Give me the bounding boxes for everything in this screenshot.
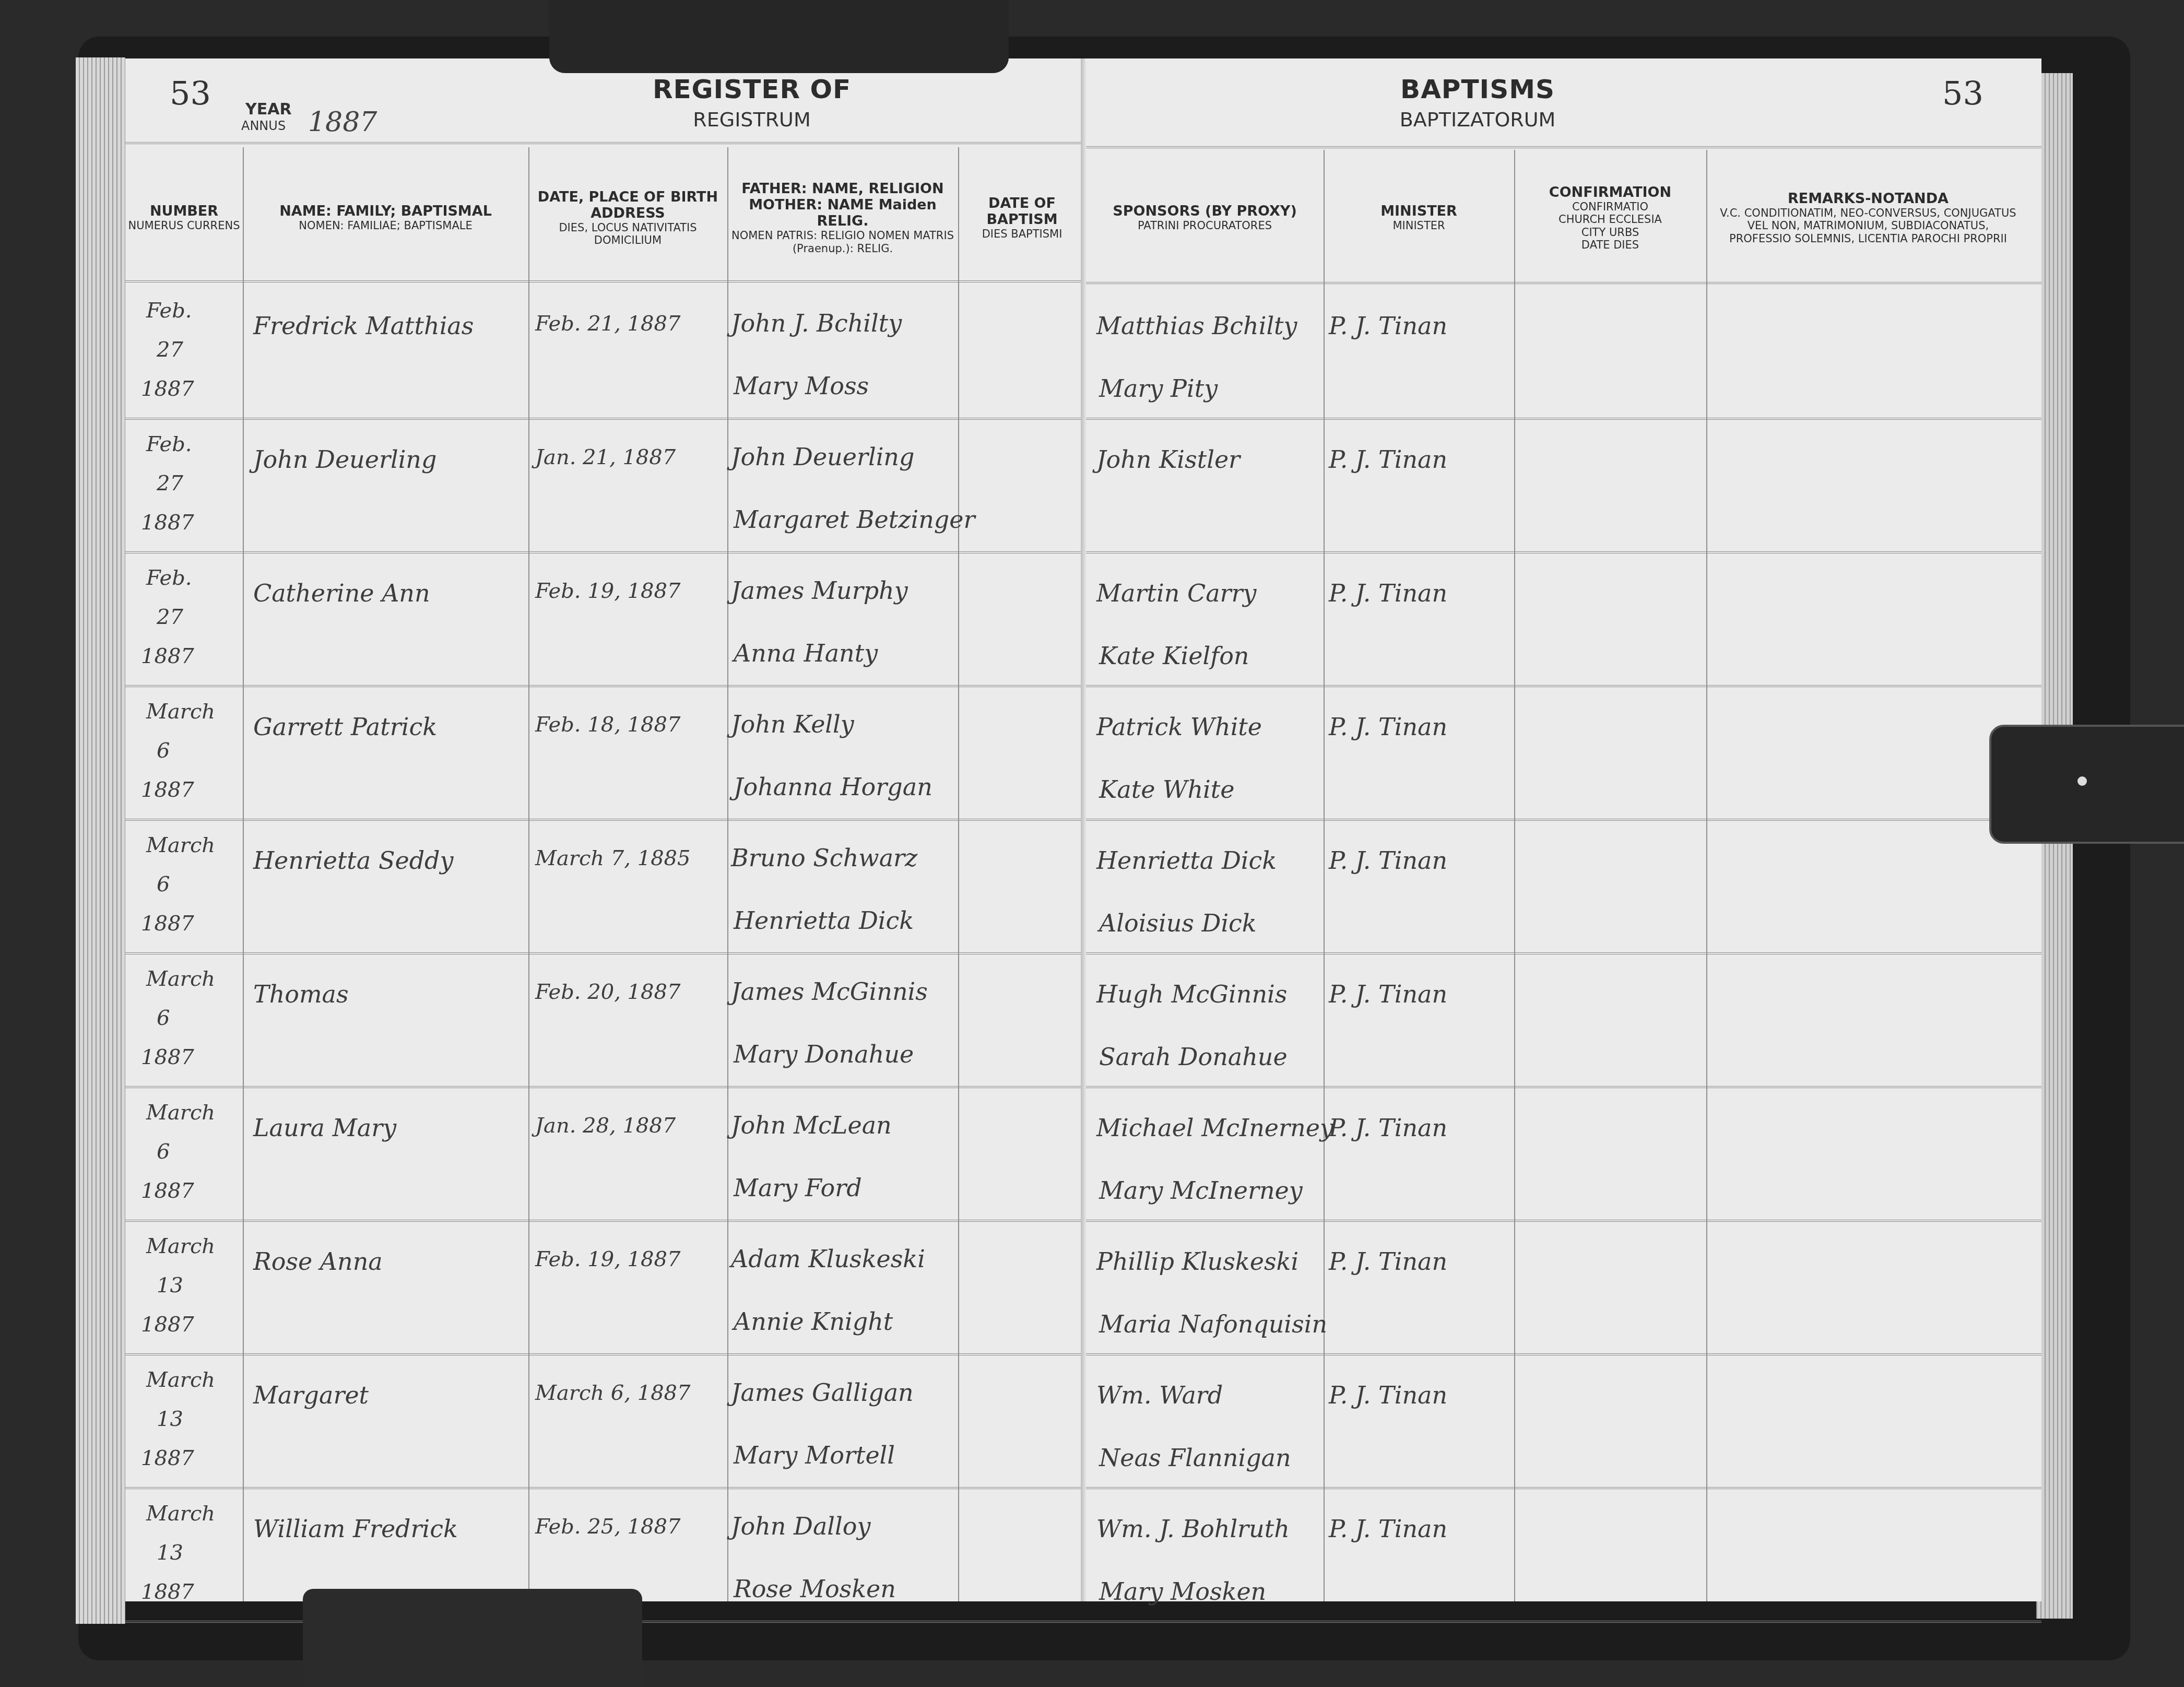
title-right: BAPTISMS [1347,74,1608,104]
entry-row-right: Wm. Ward Neas Flannigan P. J. Tinan [1086,1358,2041,1491]
sponsor-1: John Kistler [1096,445,1240,474]
minister-name: P. J. Tinan [1329,1515,1447,1543]
header-minister: MINISTER MINISTER [1324,155,1514,280]
child-name: Laura Mary [253,1114,396,1142]
father-name: Adam Kluskeski [731,1245,925,1273]
entry-day: 13 [157,1541,183,1565]
header-remarks: REMARKS-NOTANDA V.C. CONDITIONATIM, NEO-… [1706,155,2030,280]
header-sponsors: SPONSORS (BY PROXY) PATRINI PROCURATORES [1086,155,1324,280]
sponsor-2: Mary Mosken [1099,1577,1266,1606]
entry-row-right: Hugh McGinnis Sarah Donahue P. J. Tinan [1086,957,2041,1090]
entry-year: 1887 [141,1446,194,1470]
entry-year: 1887 [141,1313,194,1337]
birth-date: Feb. 20, 1887 [535,980,680,1004]
sponsor-1: Matthias Bchilty [1096,312,1297,340]
mother-name: Henrietta Dick [734,906,914,935]
child-name: William Fredrick [253,1515,458,1543]
sponsor-1: Michael McInerney [1096,1114,1333,1142]
child-name: Henrietta Seddy [253,846,454,875]
entry-row-right: Michael McInerney Mary McInerney P. J. T… [1086,1090,2041,1223]
minister-name: P. J. Tinan [1329,312,1447,340]
page-edges-left [76,57,125,1624]
header-rule-top [125,142,1086,147]
header-parents: FATHER: NAME, RELIGION MOTHER: NAME Maid… [727,155,958,280]
sponsor-1: Wm. Ward [1096,1381,1223,1409]
binder-tab-bottom [303,1589,642,1687]
header-confirmation: CONFIRMATION CONFIRMATIO CHURCH ECCLESIA… [1514,155,1706,280]
entry-row-left: March 6 1887 Thomas Feb. 20, 1887 James … [125,957,1086,1090]
sponsor-1: Henrietta Dick [1096,846,1277,875]
page-edges-right [2036,73,2073,1619]
father-name: John Dalloy [731,1512,870,1540]
entry-day: 13 [157,1407,183,1431]
entry-row-left: Feb. 27 1887 Fredrick Matthias Feb. 21, … [125,288,1086,421]
entry-row-left: March 6 1887 Laura Mary Jan. 28, 1887 Jo… [125,1090,1086,1223]
entry-row-right: Phillip Kluskeski Maria Nafonquisin P. J… [1086,1224,2041,1357]
father-name: James Galligan [731,1378,914,1407]
minister-name: P. J. Tinan [1329,1114,1447,1142]
right-page: 53 BAPTISMS BAPTIZATORUM SPONSORS (BY PR… [1086,58,2041,1601]
entry-row-left: March 13 1887 Rose Anna Feb. 19, 1887 Ad… [125,1224,1086,1357]
sponsor-2: Sarah Donahue [1099,1043,1288,1071]
father-name: John Kelly [731,710,854,738]
entry-row-right: Henrietta Dick Aloisius Dick P. J. Tinan [1086,823,2041,956]
father-name: Bruno Schwarz [731,844,917,872]
mother-name: Mary Mortell [734,1441,895,1469]
entry-row-right: Matthias Bchilty Mary Pity P. J. Tinan [1086,288,2041,421]
entry-month: Feb. [146,299,192,323]
father-name: James Murphy [731,576,908,605]
sponsor-2: Maria Nafonquisin [1099,1310,1327,1338]
entry-month: March [146,1234,215,1258]
header-number: NUMBER NUMERUS CURRENS [125,155,243,280]
mother-name: Annie Knight [734,1307,893,1336]
entry-day: 13 [157,1273,183,1297]
mother-name: Mary Donahue [734,1040,914,1068]
entry-row-left: March 13 1887 Margaret March 6, 1887 Jam… [125,1358,1086,1491]
entry-day: 6 [157,739,170,763]
birth-date: March 6, 1887 [535,1381,690,1405]
entry-month: March [146,1502,215,1526]
entry-row-right: John Kistler P. J. Tinan [1086,422,2041,555]
mother-name: Anna Hanty [734,639,878,667]
entry-month: Feb. [146,432,192,456]
page-number-right: 53 [1942,74,1984,112]
child-name: Margaret [253,1381,369,1409]
birth-date: Feb. 25, 1887 [535,1515,680,1539]
entry-month: Feb. [146,566,192,590]
header-birth: DATE, PLACE OF BIRTH ADDRESS DIES, LOCUS… [528,155,727,280]
birth-date: Jan. 28, 1887 [535,1114,676,1138]
entry-day: 6 [157,872,170,896]
entry-month: March [146,700,215,724]
entry-year: 1887 [141,912,194,936]
sponsor-2: Kate White [1099,775,1234,804]
entry-year: 1887 [141,644,194,668]
header-baptism-date: DATE OF BAPTISM DIES BAPTISMI [958,155,1086,280]
entry-year: 1887 [141,778,194,802]
book-clasp [1989,725,2184,844]
minister-name: P. J. Tinan [1329,713,1447,741]
entry-year: 1887 [141,1179,194,1203]
left-page: 53 REGISTER OF REGISTRUM YEAR ANNUS 1887… [125,58,1086,1601]
page-number-left: 53 [170,74,211,112]
header-rule-top [1086,146,2041,151]
entry-row-left: Feb. 27 1887 Catherine Ann Feb. 19, 1887… [125,556,1086,689]
entry-year: 1887 [141,377,194,401]
minister-name: P. J. Tinan [1329,846,1447,875]
sponsor-2: Neas Flannigan [1099,1444,1291,1472]
mother-name: Margaret Betzinger [734,505,975,534]
sponsor-2: Kate Kielfon [1099,642,1249,670]
clasp-rivet [2077,776,2087,786]
header-rule-bottom [1086,282,2041,287]
year-label: YEAR [245,100,292,119]
minister-name: P. J. Tinan [1329,1381,1447,1409]
minister-name: P. J. Tinan [1329,980,1447,1008]
sponsor-1: Patrick White [1096,713,1262,741]
sponsor-2: Mary Pity [1099,374,1218,403]
birth-date: Feb. 19, 1887 [535,579,680,603]
child-name: Fredrick Matthias [253,312,474,340]
child-name: Thomas [253,980,349,1008]
entry-month: March [146,1101,215,1125]
sponsor-1: Phillip Kluskeski [1096,1247,1298,1276]
birth-date: Feb. 21, 1887 [535,312,680,336]
father-name: James McGinnis [731,977,928,1006]
entry-year: 1887 [141,511,194,535]
entry-row-left: March 6 1887 Garrett Patrick Feb. 18, 18… [125,689,1086,822]
entry-day: 6 [157,1140,170,1164]
subtitle-right: BAPTIZATORUM [1347,108,1608,131]
father-name: John J. Bchilty [731,309,902,337]
mother-name: Johanna Horgan [734,773,932,801]
birth-date: Feb. 19, 1887 [535,1247,680,1271]
entry-month: March [146,967,215,991]
entry-row-left: March 6 1887 Henrietta Seddy March 7, 18… [125,823,1086,956]
entry-year: 1887 [141,1580,194,1604]
title-left: REGISTER OF [595,74,908,104]
birth-date: March 7, 1885 [535,846,690,870]
child-name: John Deuerling [253,445,436,474]
entry-row-left: Feb. 27 1887 John Deuerling Jan. 21, 188… [125,422,1086,555]
sponsor-1: Hugh McGinnis [1096,980,1287,1008]
minister-name: P. J. Tinan [1329,579,1447,607]
entry-day: 27 [157,471,183,496]
entry-row-right: Patrick White Kate White P. J. Tinan [1086,689,2041,822]
father-name: John Deuerling [731,443,914,471]
subtitle-left: REGISTRUM [595,108,908,131]
mother-name: Rose Mosken [734,1575,896,1603]
entry-month: March [146,833,215,857]
sponsor-2: Mary McInerney [1099,1176,1303,1205]
birth-date: Feb. 18, 1887 [535,713,680,737]
entry-month: March [146,1368,215,1392]
year-sublabel: ANNUS [241,119,286,133]
entry-row-right: Wm. J. Bohlruth Mary Mosken P. J. Tinan [1086,1491,2041,1624]
mother-name: Mary Ford [734,1174,862,1202]
binder-tab-top [549,0,1009,73]
entry-year: 1887 [141,1045,194,1069]
minister-name: P. J. Tinan [1329,445,1447,474]
sponsor-1: Martin Carry [1096,579,1257,607]
entry-row-right: Martin Carry Kate Kielfon P. J. Tinan [1086,556,2041,689]
entry-day: 27 [157,605,183,629]
mother-name: Mary Moss [734,372,869,400]
sponsor-2: Aloisius Dick [1099,909,1257,937]
sponsor-1: Wm. J. Bohlruth [1096,1515,1290,1543]
header-rule-bottom [125,280,1086,286]
child-name: Rose Anna [253,1247,383,1276]
father-name: John McLean [731,1111,892,1139]
entry-day: 6 [157,1006,170,1030]
birth-date: Jan. 21, 1887 [535,445,676,469]
minister-name: P. J. Tinan [1329,1247,1447,1276]
child-name: Garrett Patrick [253,713,437,741]
header-name: NAME: FAMILY; BAPTISMAL NOMEN: FAMILIAE;… [243,155,528,280]
child-name: Catherine Ann [253,579,430,607]
year-value: 1887 [308,107,377,138]
entry-day: 27 [157,338,183,362]
